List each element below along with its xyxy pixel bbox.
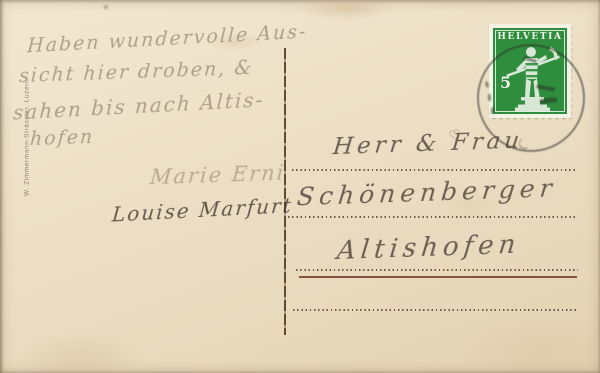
message-line-1: Haben wundervolle Aus- xyxy=(27,21,308,58)
postmark-smudge xyxy=(490,107,494,114)
postmark-icon xyxy=(477,44,585,152)
postmark-smudge xyxy=(488,94,491,101)
signature-louise-marfurt: Louise Marfurt xyxy=(111,193,294,227)
postmark-smudge xyxy=(523,56,537,63)
postcard-back: W. Zimmermann-Strässler, Luzern. Haben w… xyxy=(0,0,600,373)
address-ruled-line-3-solid xyxy=(299,276,577,278)
message-line-2: sicht hier droben, & xyxy=(18,57,254,87)
divider-line xyxy=(284,48,286,335)
message-line-3: sahen bis nach Altis- xyxy=(13,87,265,124)
address-ruled-line-1 xyxy=(292,169,575,171)
address-ruled-line-4 xyxy=(293,309,577,311)
postmark-smudge xyxy=(536,84,555,91)
message-line-4: hofen xyxy=(29,126,95,150)
postmark-stray-arc xyxy=(518,137,531,150)
address-ruled-line-2 xyxy=(288,216,578,218)
signature-marie-erni: Marie Erni xyxy=(149,161,287,190)
postmark-smudge xyxy=(540,97,557,104)
address-line-2: Schönenberger xyxy=(296,173,559,211)
address-ruled-line-3 xyxy=(296,269,578,271)
address-line-3: Altishofen xyxy=(335,230,521,267)
postmark-smudge xyxy=(485,81,489,88)
